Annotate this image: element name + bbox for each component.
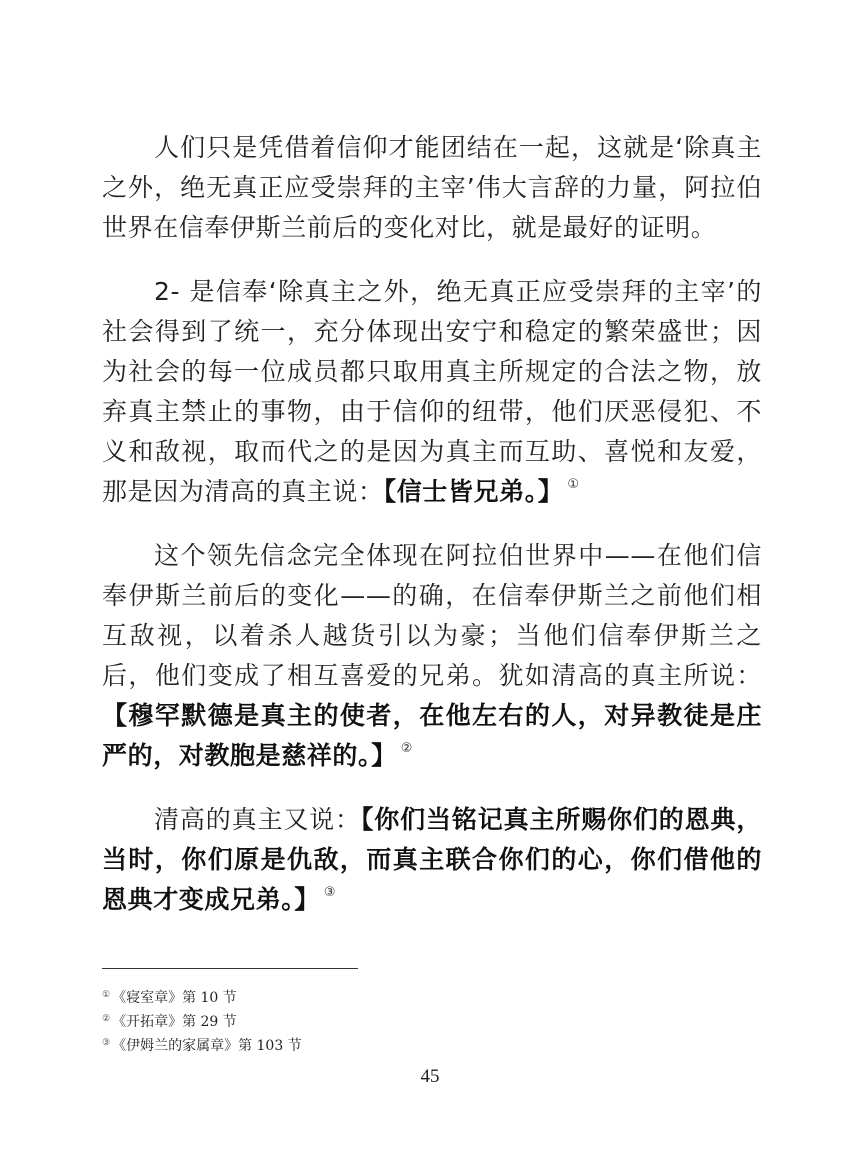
- page-body: 人们只是凭借着信仰才能团结在一起，这就是‘除真主之外，绝无真正应受崇拜的主宰’伟…: [102, 128, 762, 944]
- quran-quote: 【信士皆兄弟。】: [384, 477, 564, 506]
- paragraph-3: 这个领先信念完全体现在阿拉伯世界中——在他们信奉伊斯兰前后的变化——的确，在信奉…: [102, 536, 762, 776]
- footnote-ref-1[interactable]: ①: [567, 477, 579, 492]
- page-number: 45: [0, 1066, 860, 1088]
- footnote-ref-3[interactable]: ③: [324, 885, 336, 900]
- paragraph-text: 这个领先信念完全体现在阿拉伯世界中——在他们信奉伊斯兰前后的变化——的确，在信奉…: [102, 541, 762, 690]
- paragraph-text: 2- 是信奉‘除真主之外，绝无真正应受崇拜的主宰’的社会得到了统一，充分体现出安…: [102, 277, 762, 506]
- quran-quote: 【穆罕默德是真主的使者，在他左右的人，对异教徒是庄严的，对教胞是慈祥的。】: [102, 701, 762, 770]
- footnote-text: 《寝室章》第 10 节: [112, 990, 237, 1006]
- paragraph-text: 人们只是凭借着信仰才能团结在一起，这就是‘除真主之外，绝无真正应受崇拜的主宰’伟…: [102, 133, 762, 242]
- footnotes: ①《寝室章》第 10 节 ②《开拓章》第 29 节 ③《伊姆兰的家属章》第 10…: [102, 983, 702, 1055]
- paragraph-1: 人们只是凭借着信仰才能团结在一起，这就是‘除真主之外，绝无真正应受崇拜的主宰’伟…: [102, 128, 762, 248]
- footnote-divider: [102, 968, 358, 969]
- footnote-mark: ①: [102, 990, 110, 1000]
- footnote-mark: ②: [102, 1014, 110, 1024]
- paragraph-4: 清高的真主又说：【你们当铭记真主所赐你们的恩典，当时，你们原是仇敌，而真主联合你…: [102, 800, 762, 920]
- footnote-text: 《开拓章》第 29 节: [112, 1014, 237, 1030]
- footnote-2: ②《开拓章》第 29 节: [102, 1007, 702, 1031]
- footnote-1: ①《寝室章》第 10 节: [102, 983, 702, 1007]
- paragraph-2: 2- 是信奉‘除真主之外，绝无真正应受崇拜的主宰’的社会得到了统一，充分体现出安…: [102, 272, 762, 512]
- footnote-mark: ③: [102, 1038, 110, 1048]
- paragraph-text: 清高的真主又说：: [154, 805, 361, 834]
- footnote-ref-2[interactable]: ②: [401, 741, 413, 756]
- footnote-text: 《伊姆兰的家属章》第 103 节: [112, 1038, 302, 1054]
- footnote-3: ③《伊姆兰的家属章》第 103 节: [102, 1031, 702, 1055]
